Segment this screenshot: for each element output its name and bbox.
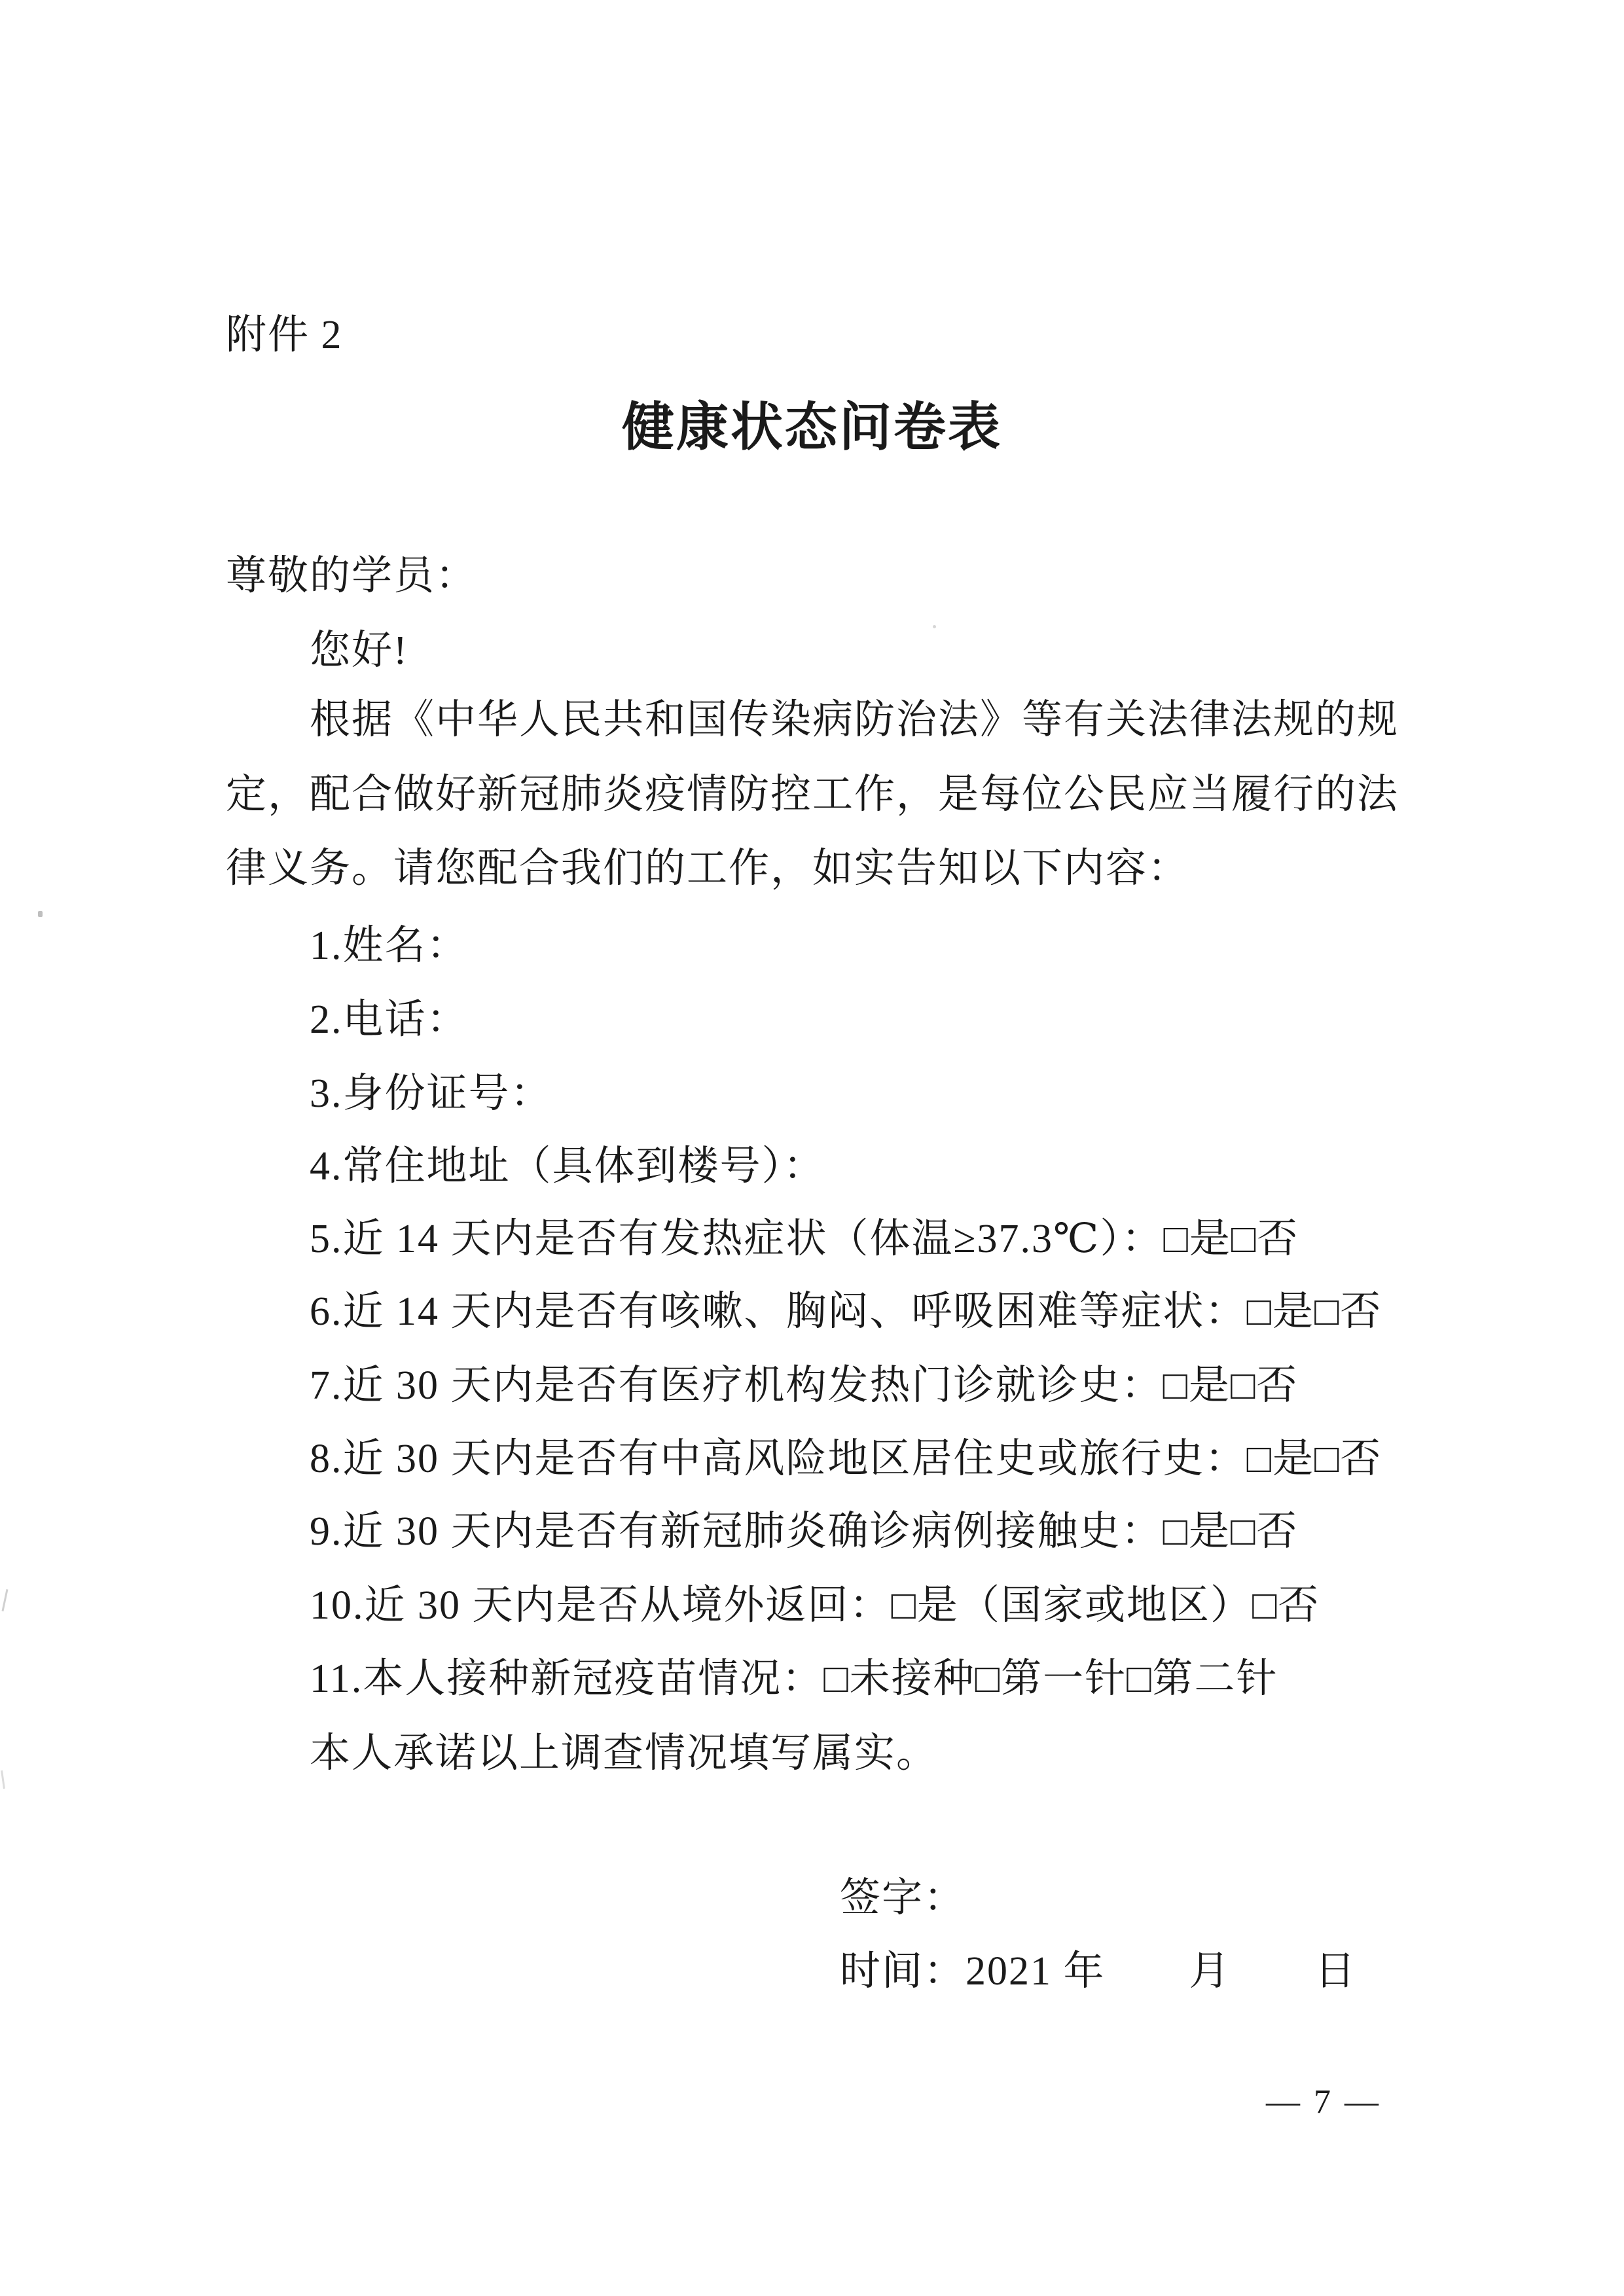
questionnaire-item-8-risk-area: 8.近 30 天内是否有中高风险地区居住史或旅行史：□是□否: [310, 1437, 1382, 1482]
intro-paragraph-line: 根据《中华人民共和国传染病防治法》等有关法律法规的规: [310, 698, 1399, 743]
attachment-label: 附件 2: [226, 313, 343, 358]
questionnaire-item-5-fever: 5.近 14 天内是否有发热症状（体温≥37.3℃）：□是□否: [310, 1217, 1299, 1262]
scanned-document-page: 附件 2 健康状态问卷表 尊敬的学员： 您好! 根据《中华人民共和国传染病防治法…: [0, 0, 1624, 2296]
scan-artifact: [38, 911, 43, 917]
scan-artifact: [933, 625, 936, 628]
questionnaire-item-7-clinic-visit: 7.近 30 天内是否有医疗机构发热门诊就诊史：□是□否: [310, 1363, 1298, 1408]
questionnaire-item-10-abroad-return: 10.近 30 天内是否从境外返回：□是（国家或地区）□否: [310, 1583, 1320, 1628]
page-title: 健康状态问卷表: [0, 385, 1624, 460]
signature-label: 签字：: [840, 1876, 965, 1921]
questionnaire-item-6-symptoms: 6.近 14 天内是否有咳嗽、胸闷、呼吸困难等症状：□是□否: [310, 1289, 1382, 1335]
questionnaire-item-9-case-contact: 9.近 30 天内是否有新冠肺炎确诊病例接触史：□是□否: [310, 1509, 1298, 1554]
salutation: 尊敬的学员：: [226, 554, 477, 599]
page-number: — 7 —: [1266, 2083, 1381, 2121]
questionnaire-item-2-phone: 2.电话：: [310, 997, 469, 1043]
questionnaire-item-3-id-number: 3.身份证号：: [310, 1071, 552, 1117]
scan-artifact: [1, 1589, 8, 1611]
pledge-statement: 本人承诺以上调查情况填写属实。: [310, 1731, 938, 1776]
questionnaire-item-1-name: 1.姓名：: [310, 924, 469, 969]
questionnaire-item-4-address: 4.常住地址（具体到楼号）：: [310, 1144, 825, 1189]
date-line: 时间：2021 年 月 日: [840, 1949, 1357, 1994]
greeting: 您好!: [310, 628, 408, 673]
intro-paragraph-line: 定，配合做好新冠肺炎疫情防控工作，是每位公民应当履行的法: [226, 772, 1399, 817]
questionnaire-item-11-vaccination: 11.本人接种新冠疫苗情况：□未接种□第一针□第二针: [310, 1657, 1278, 1702]
intro-paragraph-line: 律义务。请您配合我们的工作，如实告知以下内容：: [226, 846, 1189, 891]
scan-artifact: [1, 1770, 5, 1789]
